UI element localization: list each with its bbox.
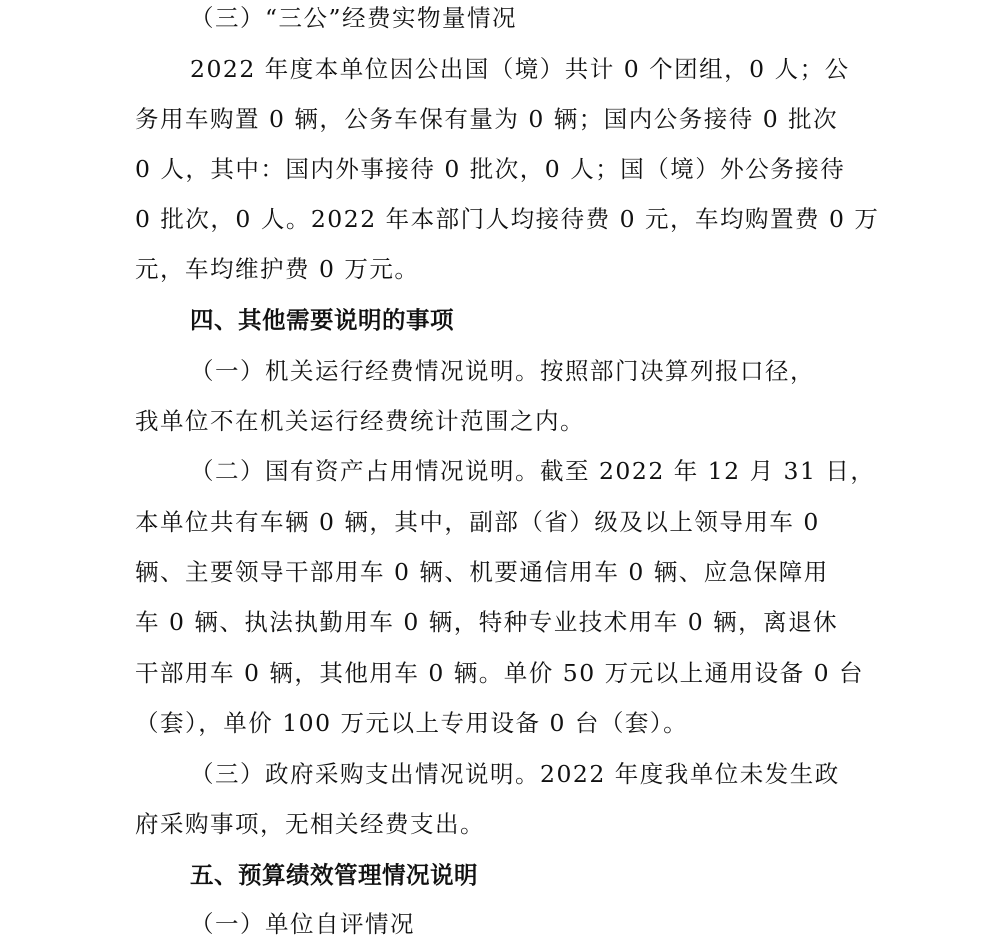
paragraph-line: （一）机关运行经费情况说明。按照部门决算列报口径， xyxy=(190,346,815,396)
paragraph-line: （二）国有资产占用情况说明。截至 2022 年 12 月 31 日， xyxy=(190,446,875,496)
paragraph-line: 0 批次，0 人。2022 年本部门人均接待费 0 元，车均购置费 0 万 xyxy=(135,194,879,244)
paragraph-line: 车 0 辆、执法执勤用车 0 辆，特种专业技术用车 0 辆，离退休 xyxy=(135,597,838,647)
section-heading-other-matters: 四、其他需要说明的事项 xyxy=(190,295,454,345)
subheading-three-public-physical: （三）“三公”经费实物量情况 xyxy=(190,0,517,43)
paragraph-line: 2022 年度本单位因公出国（境）共计 0 个团组，0 人；公 xyxy=(190,44,850,94)
paragraph-line: 府采购事项，无相关经费支出。 xyxy=(135,799,485,849)
paragraph-line: （三）政府采购支出情况说明。2022 年度我单位未发生政 xyxy=(190,749,840,799)
paragraph-line: （套），单价 100 万元以上专用设备 0 台（套）。 xyxy=(135,698,688,748)
paragraph-line: 务用车购置 0 辆，公务车保有量为 0 辆；国内公务接待 0 批次 xyxy=(135,94,838,144)
paragraph-line: 0 人，其中：国内外事接待 0 批次，0 人；国（境）外公务接待 xyxy=(135,144,845,194)
paragraph-line: 元，车均维护费 0 万元。 xyxy=(135,244,419,294)
paragraph-line: 我单位不在机关运行经费统计范围之内。 xyxy=(135,396,585,446)
paragraph-line: 辆、主要领导干部用车 0 辆、机要通信用车 0 辆、应急保障用 xyxy=(135,547,829,597)
paragraph-line: 本单位共有车辆 0 辆，其中，副部（省）级及以上领导用车 0 xyxy=(135,497,820,547)
subheading-self-evaluation: （一）单位自评情况 xyxy=(190,899,415,942)
paragraph-line: 干部用车 0 辆，其他用车 0 辆。单价 50 万元以上通用设备 0 台 xyxy=(135,648,864,698)
section-heading-performance: 五、预算绩效管理情况说明 xyxy=(190,850,478,900)
